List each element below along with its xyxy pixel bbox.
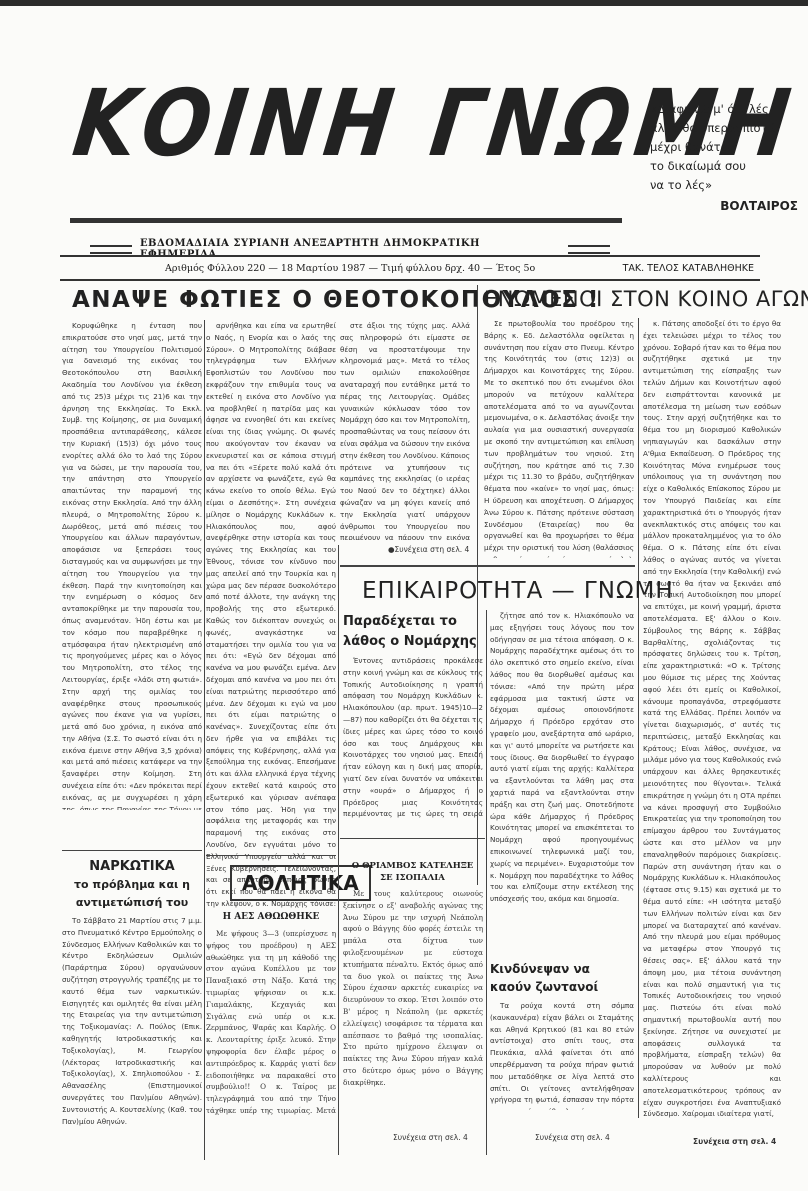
motto-line: μέχρι θανάτου <box>650 138 798 157</box>
motto-line: να το λές» <box>650 176 798 195</box>
column-divider <box>486 610 487 1155</box>
page-top-border <box>0 0 808 6</box>
sports-body: Με ψήφους 3—3 (υπερίσχυσε η ψήφος του πρ… <box>206 928 336 1118</box>
united-continued[interactable]: Συνέχεια στη σελ. 4 <box>693 1137 776 1146</box>
triumph-body: Με τους καλύτερους οιωνούς ξεκίνησε ο εξ… <box>343 888 483 1113</box>
issue-bar: Αριθμός Φύλλου 220 — 18 Μαρτίου 1987 — Τ… <box>60 255 760 281</box>
narcotics-title: ΝΑΡΚΩΤΙΚΑ το πρόβλημα και η αντιμετώπισή… <box>62 858 202 912</box>
sports-title: Η ΑΕΣ ΑΘΩΩΘΗΚΕ <box>206 912 336 922</box>
united-headline: ΕΝΩΜΕΝΟΙ ΣΤΟΝ ΚΟΙΝΟ ΑΓΩΝΑ <box>484 287 808 311</box>
masthead-rule <box>70 218 622 223</box>
fire-continued[interactable]: Συνέχεια στη σελ. 4 <box>535 1133 610 1142</box>
fire-title: Κινδύνεψαν να καούν ζωντανοί <box>490 960 635 996</box>
motto-line: «Διαφωνώ μ' ότι λές <box>650 100 798 119</box>
column-divider <box>338 545 339 1155</box>
fire-body: Τα ρούχα κοντά στη σόμπα (καυκαυνέρα) εί… <box>490 1000 634 1110</box>
opinion-col1: Έντονες αντιδράσεις προκάλεσε στην κοινή… <box>343 655 483 820</box>
motto-author: ΒΟΛΤΑΙΡΟΣ <box>650 197 798 216</box>
motto-line: αλλά θα υπερασπιστώ <box>650 119 798 138</box>
united-col1: Σε πρωτοβουλία του προέδρου της Βάρης κ.… <box>484 318 634 558</box>
narcotics-body: Το Σάββατο 21 Μαρτίου στις 7 μ.μ. στο Πν… <box>62 915 202 1135</box>
main-article-col2: αρνήθηκα και είπα να ερωτηθεί ο Ναός, η … <box>206 320 336 910</box>
main-article-col1: Κορυφώθηκε η ένταση που επικρατούσε στο … <box>62 320 202 810</box>
triumph-continued[interactable]: Συνέχεια στη σελ. 4 <box>393 1133 468 1142</box>
section-rule <box>206 855 336 856</box>
triumph-title: Ο ΘΡΙΑΜΒΟΣ ΚΑΤΕΛΗΞΕ ΣΕ ΙΣΟΠΑΛΙΑ <box>340 860 485 884</box>
motto: «Διαφωνώ μ' ότι λές αλλά θα υπερασπιστώ … <box>650 100 798 216</box>
issue-info: Αριθμός Φύλλου 220 — 18 Μαρτίου 1987 — Τ… <box>165 263 535 274</box>
opinion-title: Παραδέχεται το λάθος ο Νομάρχης <box>343 612 483 652</box>
motto-line: το δικαίωμά σου <box>650 157 798 176</box>
main-continued[interactable]: ●Συνέχεια στη σελ. 4 <box>388 545 469 554</box>
opinion-section-title: ΕΠΙΚΑΙΡΟΤΗΤΑ — ΓΝΩΜΗ <box>362 578 674 604</box>
column-divider <box>204 320 205 1160</box>
section-rule <box>340 565 635 567</box>
decorative-dash <box>90 245 132 254</box>
opinion-col2: ζήτησε από τον κ. Ηλιακόπουλο να μας εξη… <box>490 610 634 955</box>
united-col2: κ. Πάτσης αποδοξεί ότι το έργο θα έχει τ… <box>643 318 781 1133</box>
main-article-col3: στε άξιοι της τύχης μας. Αλλά σας πληροφ… <box>340 320 470 540</box>
section-rule <box>62 850 202 851</box>
section-rule <box>340 838 485 839</box>
decorative-dash <box>568 245 610 254</box>
postage-note: ΤΑΚ. ΤΕΛΟΣ ΚΑΤΑΒΛΗΘΗΚΕ <box>623 263 754 274</box>
column-divider <box>638 318 639 1118</box>
